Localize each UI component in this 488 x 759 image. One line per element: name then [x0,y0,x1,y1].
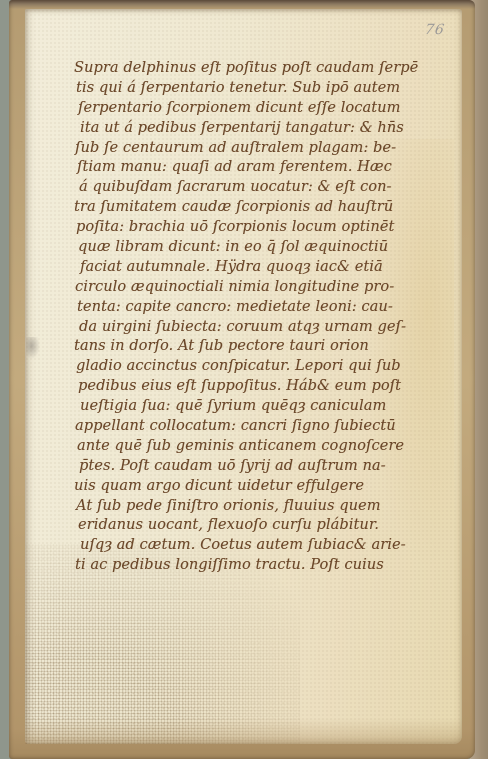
manuscript-line: ti ac pedibus longiſſimo tractu. Poſt cu… [74,556,472,576]
manuscript-line: ueſtigia ſua: quē ſyrium quēqȝ caniculam [74,397,472,417]
manuscript-line: circulo æquinoctiali nimia longitudine p… [74,278,472,298]
manuscript-line: ſerpentario ſcorpionem dicunt eſſe locat… [74,99,472,119]
manuscript-line: da uirgini ſubiecta: coruum atqȝ urnam g… [74,318,472,338]
manuscript-line: tenta: capite cancro: medietate leoni: c… [74,298,472,318]
manuscript-line: uſqȝ ad cætum. Coetus autem ſubiac& arie… [74,536,472,556]
folio-number: 76 [424,22,446,38]
page-bottom-shading [25,718,462,744]
manuscript-line: appellant collocatum: cancri ſigno ſubie… [74,417,472,437]
manuscript-line: tis qui á ſerpentario tenetur. Sub ipō a… [74,79,472,99]
manuscript-line: pedibus eius eſt ſuppoſitus. Háb& eum po… [74,377,472,397]
manuscript-line: p̄tes. Poſt caudam uō ſyrij ad auſtrum n… [74,457,472,477]
manuscript-line: ſtiam manu: quaſi ad aram ferentem. Hæc [74,158,472,178]
margin-smudge [26,337,40,359]
manuscript-line: tans in dorſo. At ſub pectore tauri orio… [74,337,472,357]
manuscript-page: 76 Supra delphinus eſt poſitus poſt caud… [25,9,462,744]
manuscript-line: á quibuſdam ſacrarum uocatur: & eſt con- [74,178,472,198]
manuscript-line: poſita: brachia uō ſcorpionis locum opti… [74,218,472,238]
manuscript-line: ante quē ſub geminis anticanem cognoſcer… [74,437,472,457]
manuscript-line: tra ſumitatem caudæ ſcorpionis ad hauſtr… [74,198,472,218]
manuscript-text-block: Supra delphinus eſt poſitus poſt caudam … [74,59,472,576]
manuscript-line: faciat autumnale. Hÿdra quoqȝ iac& etiā [74,258,472,278]
manuscript-line: quæ libram dicunt: in eo q̄ ſol æquinoct… [74,238,472,258]
manuscript-photo: 76 Supra delphinus eſt poſitus poſt caud… [0,0,488,759]
manuscript-line: gladio accinctus conſpicatur. Lepori qui… [74,357,472,377]
manuscript-line: ita ut á pedibus ſerpentarij tangatur: &… [74,119,472,139]
manuscript-line: At ſub pede ſiniſtro orionis, fluuius qu… [74,497,472,517]
manuscript-line: Supra delphinus eſt poſitus poſt caudam … [74,59,472,79]
manuscript-line: ſub ſe centaurum ad auſtralem plagam: be… [74,139,472,159]
manuscript-line: eridanus uocant, flexuoſo curſu plábitur… [74,516,472,536]
manuscript-line: uis quam argo dicunt uidetur effulgere [74,477,472,497]
